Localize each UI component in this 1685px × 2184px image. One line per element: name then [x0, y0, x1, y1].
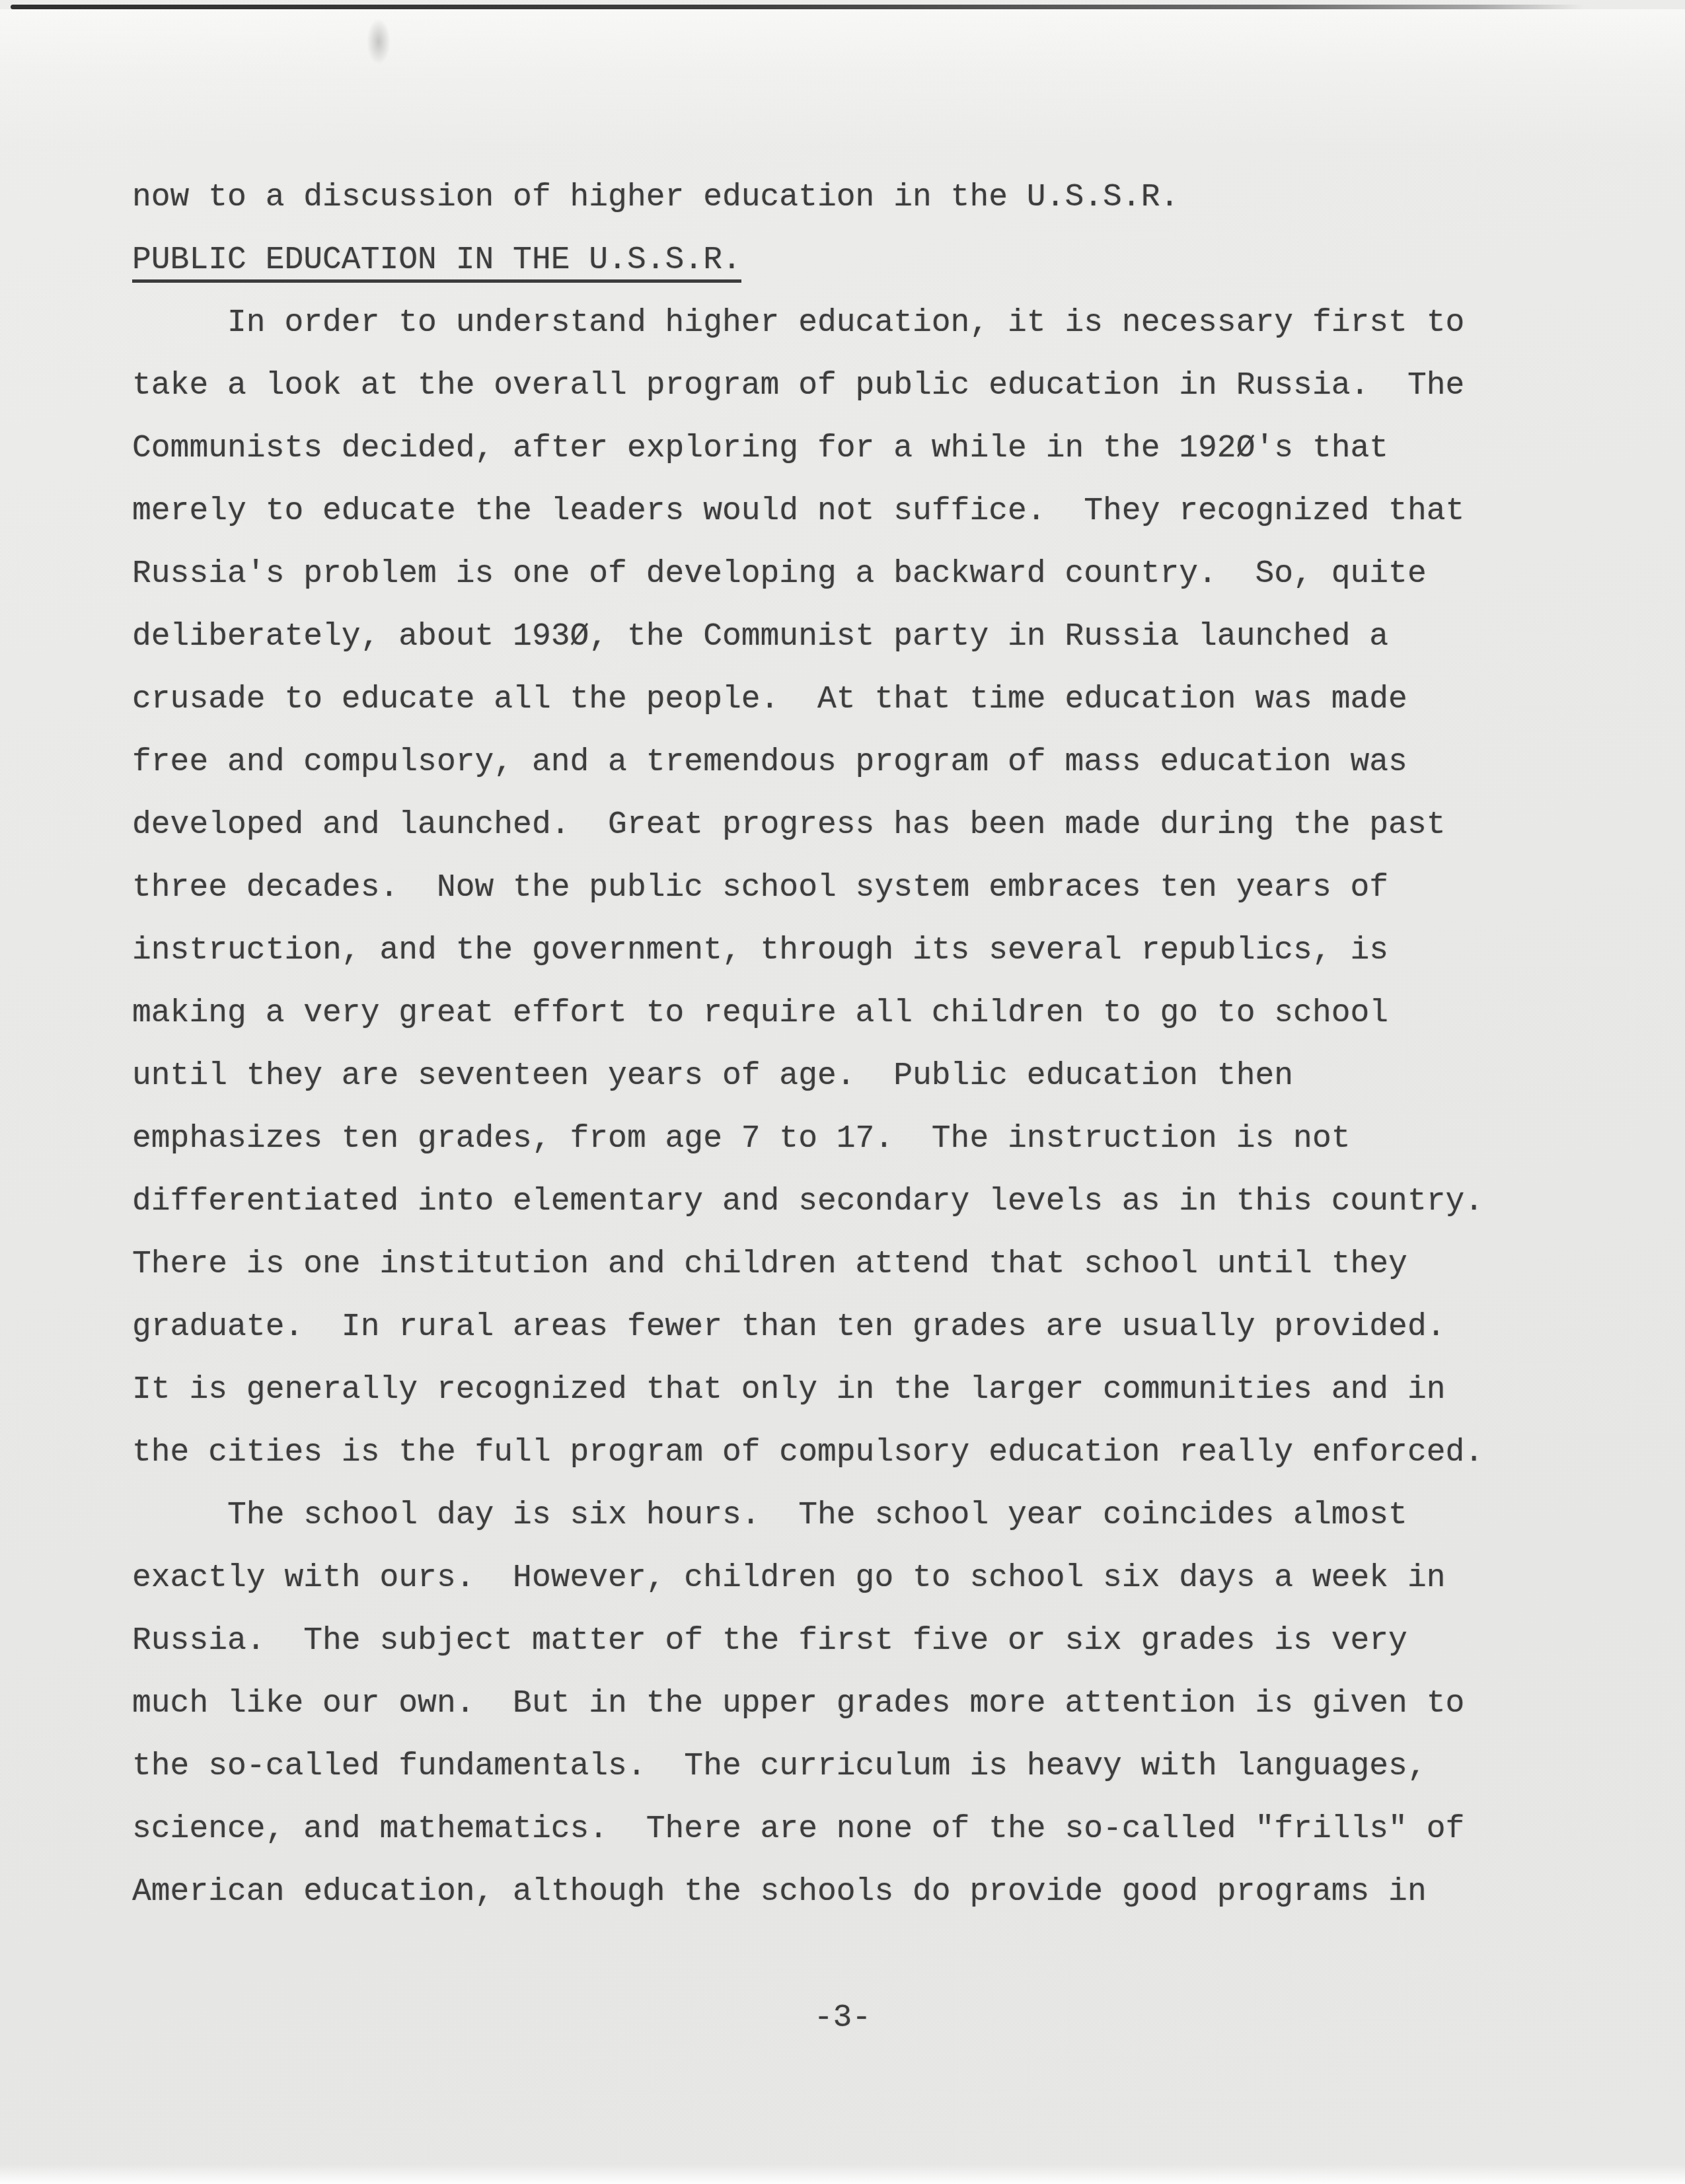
text-line: merely to educate the leaders would not …	[132, 480, 1483, 543]
text-line: Russia's problem is one of developing a …	[132, 543, 1483, 606]
text-line: Russia. The subject matter of the first …	[132, 1610, 1483, 1673]
text-line: the so-called fundamentals. The curricul…	[132, 1735, 1483, 1798]
text-line: three decades. Now the public school sys…	[132, 857, 1483, 920]
text-line: take a look at the overall program of pu…	[132, 355, 1483, 418]
text-line: emphasizes ten grades, from age 7 to 17.…	[132, 1108, 1483, 1171]
scan-artifact-top-edge-line	[11, 5, 1583, 9]
text-line: free and compulsory, and a tremendous pr…	[132, 731, 1483, 794]
text-line: making a very great effort to require al…	[132, 982, 1483, 1045]
text-line: the cities is the full program of compul…	[132, 1422, 1483, 1484]
text-line: instruction, and the government, through…	[132, 920, 1483, 982]
text-line: Communists decided, after exploring for …	[132, 418, 1483, 480]
page-number: -3-	[0, 1987, 1685, 2050]
text-line: American education, although the schools…	[132, 1861, 1483, 1924]
text-line: The school day is six hours. The school …	[132, 1484, 1483, 1547]
text-line: differentiated into elementary and secon…	[132, 1171, 1483, 1233]
text-line: until they are seventeen years of age. P…	[132, 1045, 1483, 1108]
section-heading-text: PUBLIC EDUCATION IN THE U.S.S.R.	[132, 242, 741, 283]
text-line: much like our own. But in the upper grad…	[132, 1673, 1483, 1735]
text-line: exactly with ours. However, children go …	[132, 1547, 1483, 1610]
text-line: science, and mathematics. There are none…	[132, 1798, 1483, 1861]
scan-artifact-bottom-strip	[0, 2164, 1685, 2184]
scan-artifact-top-glow	[0, 9, 1685, 148]
typewritten-text-block: now to a discussion of higher education …	[132, 166, 1483, 1924]
scan-artifact-smudge	[367, 18, 391, 65]
text-line: developed and launched. Great progress h…	[132, 794, 1483, 857]
text-line: crusade to educate all the people. At th…	[132, 669, 1483, 731]
text-line: deliberately, about 193Ø, the Communist …	[132, 606, 1483, 669]
text-line: graduate. In rural areas fewer than ten …	[132, 1296, 1483, 1359]
text-line: In order to understand higher education,…	[132, 292, 1483, 355]
text-line: There is one institution and children at…	[132, 1233, 1483, 1296]
document-page: now to a discussion of higher education …	[0, 0, 1685, 2184]
intro-line: now to a discussion of higher education …	[132, 166, 1483, 229]
text-line: It is generally recognized that only in …	[132, 1359, 1483, 1422]
section-heading: PUBLIC EDUCATION IN THE U.S.S.R.	[132, 229, 1483, 292]
